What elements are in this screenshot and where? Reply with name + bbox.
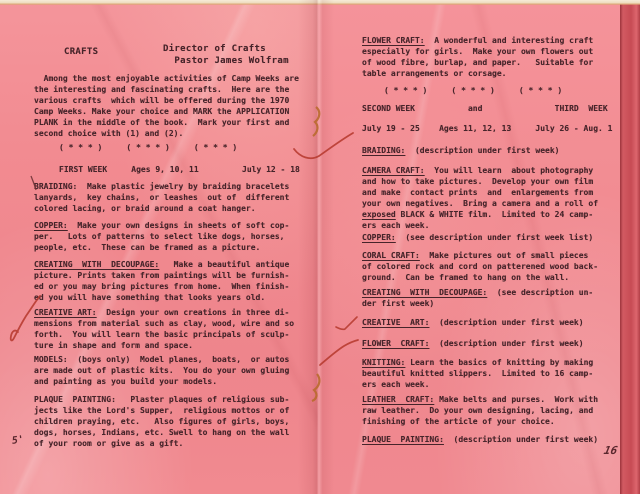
text-line: mensions from material such as clay, woo… [34, 319, 294, 330]
text-line: Camp Weeks. Make your choice and MARK th… [34, 107, 299, 118]
text-line: are made out of plastic kits. You do you… [34, 366, 289, 377]
text-line: dogs, horses, Indians, etc. Swell to han… [34, 428, 289, 439]
section-models-left: MODELS: (boys only) Model planes, boats,… [34, 355, 289, 388]
text-line: especially for girls. Make your own flow… [362, 47, 593, 58]
stars-separator-left: ( * * * ) ( * * * ) ( * * * ) [59, 143, 237, 154]
section-creative-art-left: CREATIVE ART: Design your own creations … [34, 308, 294, 352]
text-line: Among the most enjoyable activities of C… [34, 74, 299, 85]
section-braiding-left: BRAIDING: Make plastic jewelry by braidi… [34, 182, 289, 215]
text-line: KNITTING: Learn the basics of knitting b… [362, 358, 593, 369]
text-line: PLAQUE PAINTING: Plaster plaques of reli… [34, 395, 289, 406]
text-line: and make contact prints and enlargements… [362, 188, 598, 199]
text-line: CAMERA CRAFT: You will learn about photo… [362, 166, 598, 177]
text-line: of wood fibre, burlap, and paper. Suitab… [362, 58, 593, 69]
section-copper-right: COPPER: (see description under first wee… [362, 233, 593, 244]
section-decoupage-right: CREATING WITH DECOUPAGE: (see descriptio… [362, 288, 593, 310]
text-line: BRAIDING: Make plastic jewelry by braidi… [34, 182, 289, 193]
second-third-week-header: SECOND WEEK and THIRD WEEK [362, 104, 608, 115]
text-line: second choice with (1) and (2). [34, 129, 299, 140]
text-line: your own negatives. Bring a camera and a… [362, 199, 598, 210]
adjacent-page-edge [620, 0, 640, 494]
text-line: of colored rock and cord on patterened w… [362, 262, 598, 273]
text-line: Director of Crafts [163, 43, 289, 55]
text-line: BRAIDING: (description under first week) [362, 146, 559, 157]
text-line: lanyards, key chains, or leashes out of … [34, 193, 289, 204]
text-line: people, etc. These can be framed as a pi… [34, 243, 289, 254]
section-plaque-painting-left: PLAQUE PAINTING: Plaster plaques of reli… [34, 395, 289, 450]
section-leather-craft-right: LEATHER CRAFT: Make belts and purses. Wo… [362, 395, 598, 428]
text-line: various crafts which will be offered dur… [34, 96, 299, 107]
first-week-header: FIRST WEEK Ages 9, 10, 11 July 12 - 18 [59, 165, 300, 176]
text-line: ed you will have something that looks ye… [34, 293, 289, 304]
section-flower-craft2-right: FLOWER CRAFT: (description under first w… [362, 339, 584, 350]
text-line: colored lacing, or braid around a coat h… [34, 204, 289, 215]
intro-paragraph: Among the most enjoyable activities of C… [34, 74, 299, 139]
text-line: and how to take pictures. Develop your o… [362, 177, 598, 188]
section-camera-craft-right: CAMERA CRAFT: You will learn about photo… [362, 166, 598, 231]
text-line: CREATING WITH DECOUPAGE: Make a beautifu… [34, 260, 289, 271]
section-copper-left: COPPER: Make your own designs in sheets … [34, 221, 289, 254]
text-line: jects like the Lord's Supper, religious … [34, 406, 289, 417]
text-line: of your room or give as a gift. [34, 439, 289, 450]
text-line: the interesting and fascinating crafts. … [34, 85, 299, 96]
text-line: CREATIVE ART: (description under first w… [362, 318, 584, 329]
section-decoupage-left: CREATING WITH DECOUPAGE: Make a beautifu… [34, 260, 289, 304]
page-number-left: 5' [11, 434, 24, 447]
week-dates-row: July 19 - 25 Ages 11, 12, 13 July 26 - A… [362, 124, 612, 135]
crafts-title: CRAFTS [64, 47, 98, 58]
text-line: COPPER: (see description under first wee… [362, 233, 593, 244]
text-line: per. Lots of patterns to select like dog… [34, 232, 289, 243]
text-line: PLANK in the middle of the book. Mark yo… [34, 118, 299, 129]
section-creative-art-right: CREATIVE ART: (description under first w… [362, 318, 584, 329]
text-line: ground. Can be framed to hang on the wal… [362, 273, 598, 284]
stars-separator-right: ( * * * ) ( * * * ) ( * * * ) [384, 86, 562, 97]
text-line: CORAL CRAFT: Make pictures out of small … [362, 251, 598, 262]
section-flower-craft-right: FLOWER CRAFT: A wonderful and interestin… [362, 36, 593, 80]
text-line: CREATIVE ART: Design your own creations … [34, 308, 294, 319]
text-line: ers each week. [362, 380, 593, 391]
director-credit: Director of Crafts Pastor James Wolfram [163, 43, 289, 67]
text-line: table arrangements or corsage. [362, 69, 593, 80]
section-braiding-right: BRAIDING: (description under first week) [362, 146, 559, 157]
text-line: raw leather. Do your own designing, laci… [362, 406, 598, 417]
text-line: ture in shape and form and space. [34, 341, 294, 352]
text-line: CREATING WITH DECOUPAGE: (see descriptio… [362, 288, 593, 299]
text-line: Pastor James Wolfram [163, 55, 289, 67]
text-line: exposed BLACK & WHITE film. Limited to 2… [362, 210, 598, 221]
section-plaque-painting-right: PLAQUE PAINTING: (description under firs… [362, 435, 598, 446]
text-line: children praying, etc. Also figures of g… [34, 417, 289, 428]
text-line: and painting as you build your models. [34, 377, 289, 388]
text-line: ed or you may bring pictures from home. … [34, 282, 289, 293]
scanned-booklet-spread: CRAFTS Director of Crafts Pastor James W… [0, 0, 640, 494]
text-line: COPPER: Make your own designs in sheets … [34, 221, 289, 232]
page-number-right: 16 [603, 444, 619, 457]
text-line: picture. Prints taken from paintings wil… [34, 271, 289, 282]
text-line: forth. You will learn the basic principa… [34, 330, 294, 341]
text-line: FLOWER CRAFT: A wonderful and interestin… [362, 36, 593, 47]
section-coral-craft-right: CORAL CRAFT: Make pictures out of small … [362, 251, 598, 284]
scan-top-edge [0, 0, 640, 5]
text-line: beautiful knitted slippers. Limited to 1… [362, 369, 593, 380]
text-line: MODELS: (boys only) Model planes, boats,… [34, 355, 289, 366]
text-line: finishing of the article of your choice. [362, 417, 598, 428]
text-line: PLAQUE PAINTING: (description under firs… [362, 435, 598, 446]
section-knitting-right: KNITTING: Learn the basics of knitting b… [362, 358, 593, 391]
text-line: FLOWER CRAFT: (description under first w… [362, 339, 584, 350]
text-line: ers each week. [362, 221, 598, 232]
text-line: der first week) [362, 299, 593, 310]
text-line: LEATHER CRAFT: Make belts and purses. Wo… [362, 395, 598, 406]
